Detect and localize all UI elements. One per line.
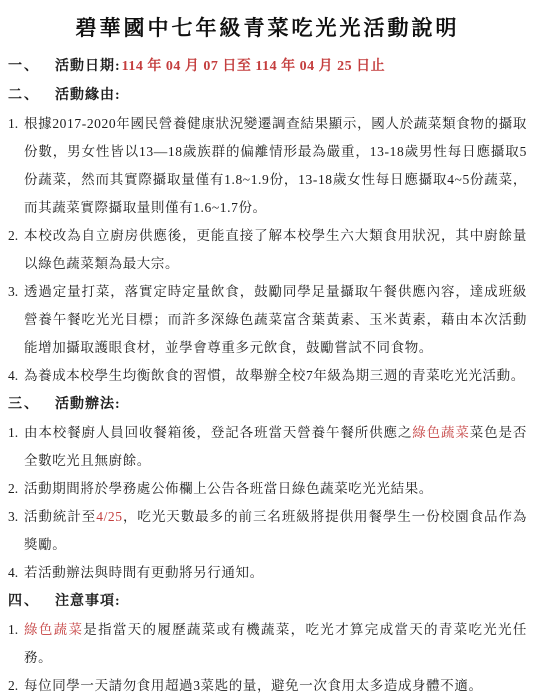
list-item: 1. 由本校餐廚人員回收餐箱後，登記各班當天營養午餐所供應之綠色蔬菜菜色是否全數… — [8, 419, 527, 475]
item-number: 1. — [8, 616, 24, 672]
text-segment-highlight: 綠色蔬菜 — [412, 425, 470, 440]
item-text: 由本校餐廚人員回收餐箱後，登記各班當天營養午餐所供應之綠色蔬菜菜色是否全數吃光且… — [24, 419, 527, 475]
list-item: 3. 透過定量打菜，落實定時定量飲食，鼓勵同學足量攝取午餐供應內容，達成班級營養… — [8, 278, 527, 362]
section-number: 四、 — [8, 587, 55, 616]
text-segment: 本校改為自立廚房供應後，更能直接了解本校學生六大類食用狀況，其中廚餘量以綠色蔬菜… — [24, 228, 527, 271]
list-item: 2. 活動期間將於學務處公佈欄上公告各班當日綠色蔬菜吃光光結果。 — [8, 475, 527, 503]
section-heading-notes: 四、 注意事項: — [8, 587, 527, 616]
document-page: 碧華國中七年級青菜吃光光活動說明 一、 活動日期: 114 年 04 月 07 … — [0, 0, 535, 700]
text-segment: 活動期間將於學務處公佈欄上公告各班當日綠色蔬菜吃光光結果。 — [24, 481, 433, 496]
item-number: 2. — [8, 222, 24, 278]
text-segment: 由本校餐廚人員回收餐箱後，登記各班當天營養午餐所供應之 — [24, 425, 412, 440]
section-label: 活動日期: — [55, 52, 121, 81]
activity-date-range: 114 年 04 月 07 日至 114 年 04 月 25 日止 — [122, 52, 385, 81]
item-text: 綠色蔬菜是指當天的履歷蔬菜或有機蔬菜，吃光才算完成當天的青菜吃光光任務。 — [24, 616, 527, 672]
list-item: 2. 每位同學一天請勿食用超過3菜匙的量，避免一次食用太多造成身體不適。 — [8, 672, 527, 700]
item-number: 3. — [8, 278, 24, 362]
list-item: 4. 為養成本校學生均衡飲食的習慣，故舉辦全校7年級為期三週的青菜吃光光活動。 — [8, 362, 527, 390]
section-number: 一、 — [8, 52, 55, 81]
list-item: 2. 本校改為自立廚房供應後，更能直接了解本校學生六大類食用狀況，其中廚餘量以綠… — [8, 222, 527, 278]
section-label: 注意事項: — [55, 587, 121, 616]
item-text: 活動統計至4/25，吃光天數最多的前三名班級將提供用餐學生一份校園食品作為獎勵。 — [24, 503, 527, 559]
text-segment: 是指當天的履歷蔬菜或有機蔬菜，吃光才算完成當天的青菜吃光光任務。 — [24, 622, 527, 665]
text-segment: 根據2017-2020年國民營養健康狀況變遷調查結果顯示，國人於蔬菜類食物的攝取… — [24, 116, 527, 215]
text-segment: 若活動辦法與時間有更動將另行通知。 — [24, 565, 264, 580]
text-segment: 透過定量打菜，落實定時定量飲食，鼓勵同學足量攝取午餐供應內容，達成班級營養午餐吃… — [24, 284, 527, 355]
text-segment-highlight: 綠色蔬菜 — [24, 622, 83, 637]
document-title: 碧華國中七年級青菜吃光光活動說明 — [8, 10, 527, 46]
item-number: 4. — [8, 362, 24, 390]
item-number: 1. — [8, 419, 24, 475]
item-number: 3. — [8, 503, 24, 559]
text-segment-highlight: 4/25 — [96, 509, 122, 524]
section-heading-dates: 一、 活動日期: 114 年 04 月 07 日至 114 年 04 月 25 … — [8, 52, 527, 81]
section-number: 二、 — [8, 81, 55, 110]
section-heading-method: 三、 活動辦法: — [8, 390, 527, 419]
item-number: 1. — [8, 110, 24, 222]
text-segment: 為養成本校學生均衡飲食的習慣，故舉辦全校7年級為期三週的青菜吃光光活動。 — [24, 368, 525, 383]
item-text: 根據2017-2020年國民營養健康狀況變遷調查結果顯示，國人於蔬菜類食物的攝取… — [24, 110, 527, 222]
item-text: 每位同學一天請勿食用超過3菜匙的量，避免一次食用太多造成身體不適。 — [24, 672, 527, 700]
list-item: 1. 綠色蔬菜是指當天的履歷蔬菜或有機蔬菜，吃光才算完成當天的青菜吃光光任務。 — [8, 616, 527, 672]
text-segment: 活動統計至 — [24, 509, 96, 524]
item-text: 為養成本校學生均衡飲食的習慣，故舉辦全校7年級為期三週的青菜吃光光活動。 — [24, 362, 527, 390]
item-text: 活動期間將於學務處公佈欄上公告各班當日綠色蔬菜吃光光結果。 — [24, 475, 527, 503]
section-heading-reason: 二、 活動緣由: — [8, 81, 527, 110]
item-text: 本校改為自立廚房供應後，更能直接了解本校學生六大類食用狀況，其中廚餘量以綠色蔬菜… — [24, 222, 527, 278]
list-item: 3. 活動統計至4/25，吃光天數最多的前三名班級將提供用餐學生一份校園食品作為… — [8, 503, 527, 559]
text-segment: 每位同學一天請勿食用超過3菜匙的量，避免一次食用太多造成身體不適。 — [24, 678, 483, 693]
item-number: 4. — [8, 559, 24, 587]
section-number: 三、 — [8, 390, 55, 419]
item-number: 2. — [8, 672, 24, 700]
item-text: 若活動辦法與時間有更動將另行通知。 — [24, 559, 527, 587]
item-number: 2. — [8, 475, 24, 503]
section-label: 活動緣由: — [55, 81, 121, 110]
item-text: 透過定量打菜，落實定時定量飲食，鼓勵同學足量攝取午餐供應內容，達成班級營養午餐吃… — [24, 278, 527, 362]
list-item: 1. 根據2017-2020年國民營養健康狀況變遷調查結果顯示，國人於蔬菜類食物… — [8, 110, 527, 222]
section-label: 活動辦法: — [55, 390, 121, 419]
list-item: 4. 若活動辦法與時間有更動將另行通知。 — [8, 559, 527, 587]
